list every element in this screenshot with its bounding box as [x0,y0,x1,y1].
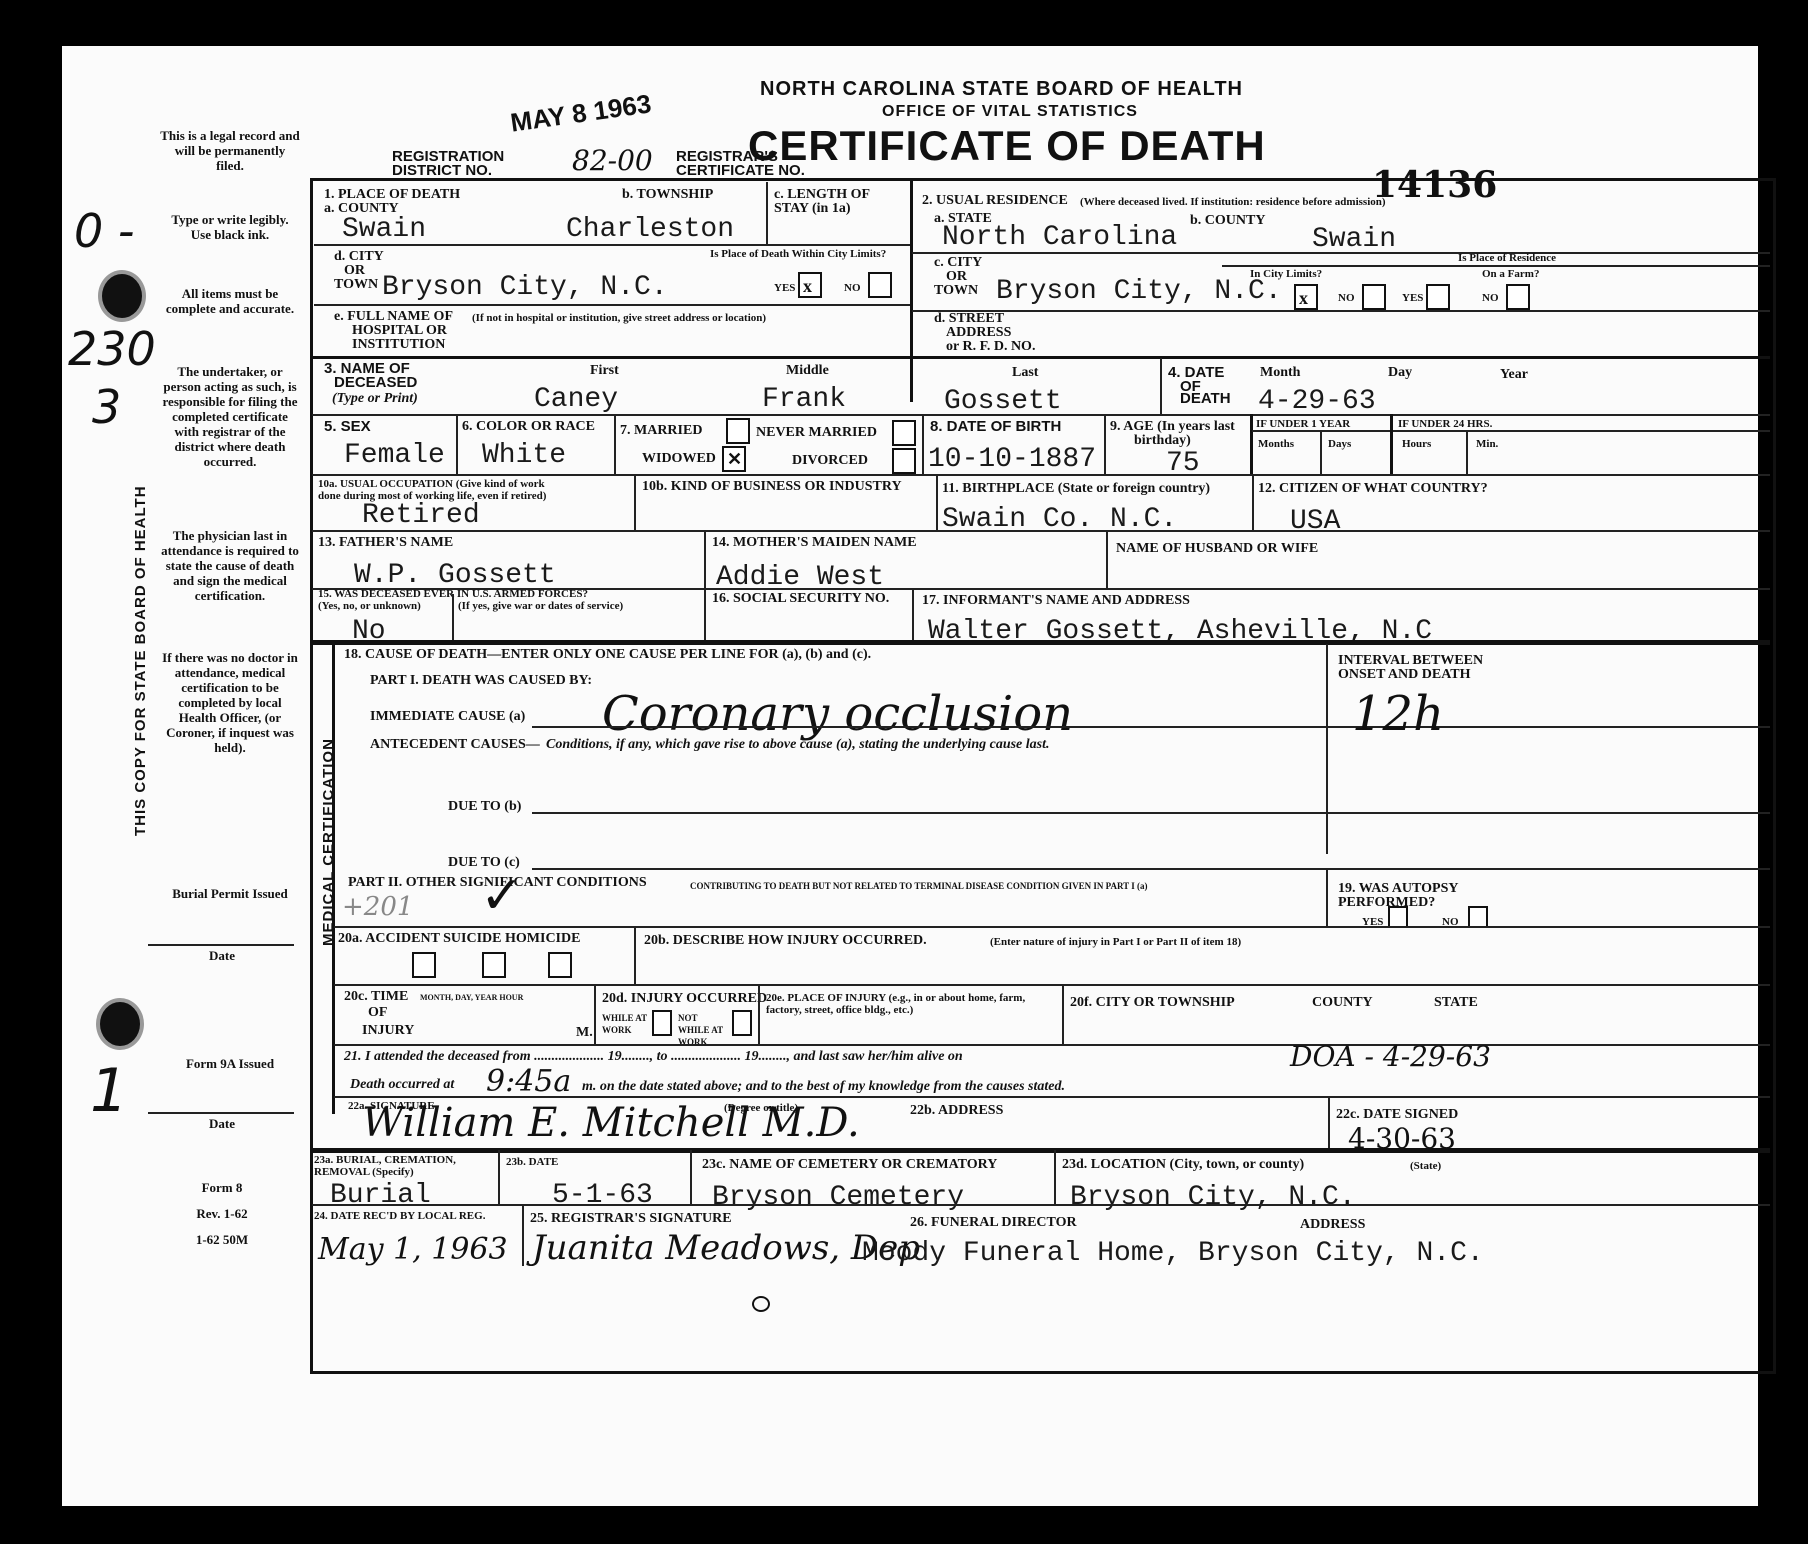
margin-handwritten-1: 1 [90,1056,128,1126]
hospital-label: e. FULL NAME OF [334,310,453,324]
no-label: NO [1482,292,1499,304]
date-label: Date [152,1116,292,1131]
in-city-no-checkbox[interactable] [1362,284,1386,310]
divider [1062,984,1064,1044]
never-married-checkbox[interactable] [892,420,916,446]
dod-label-3: DEATH [1180,392,1231,406]
date-signed-label: 22c. DATE SIGNED [1336,1108,1458,1122]
time-of-injury-label: 20c. TIME [344,990,408,1004]
divider [1106,530,1108,588]
cause-of-death-label: 18. CAUSE OF DEATH—ENTER ONLY ONE CAUSE … [344,648,871,662]
margin-note-physician: The physician last in attendance is requ… [160,528,300,603]
death-occurred-rest: m. on the date stated above; and to the … [582,1080,1065,1094]
divider [1104,414,1106,474]
yes-label: YES [1402,292,1423,304]
location-value: Bryson City, N.C. [1070,1184,1356,1212]
section-line [310,640,1770,645]
address-label: 22b. ADDRESS [910,1104,1003,1118]
divider [766,182,768,244]
ssn-label: 16. SOCIAL SECURITY NO. [712,592,889,606]
time-of-injury-of: OF [368,1006,387,1020]
agency-name: NORTH CAROLINA STATE BOARD OF HEALTH [760,78,1243,101]
burial-date-label: 23b. DATE [506,1156,558,1168]
in-city-limits-label: In City Limits? [1250,268,1322,280]
date-of-death-value: 4-29-63 [1258,388,1376,416]
print-run: 1-62 50M [152,1232,292,1247]
res-city-label-or: OR [946,270,967,284]
row-line [314,244,910,246]
city-label-town: TOWN [334,278,378,292]
spouse-label: NAME OF HUSBAND OR WIFE [1116,542,1318,556]
on-farm-no-checkbox[interactable] [1506,284,1530,310]
last-name-label: Last [1012,366,1038,380]
place-of-death-label: 1. PLACE OF DEATH [324,188,460,202]
medical-certification-label: MEDICAL CERTIFICATION [320,738,337,946]
time-m-label: M. [576,1026,593,1040]
attended-text: 21. I attended the deceased from .......… [344,1050,963,1064]
married-label: 7. MARRIED [620,424,702,438]
while-at-work-label: WHILE AT WORK [602,1012,652,1036]
on-farm-label: On a Farm? [1482,268,1539,280]
row-line [1222,265,1770,267]
hours-label: Hours [1402,438,1431,450]
township-label: b. TOWNSHIP [622,188,713,202]
first-name-label: First [590,364,619,378]
section-line [310,356,1770,359]
middle-name-label: Middle [786,364,829,378]
divorced-label: DIVORCED [792,454,868,468]
street-label: d. STREET [934,312,1004,326]
under-24-hrs-label: IF UNDER 24 HRS. [1398,418,1492,430]
months-label: Months [1258,438,1294,450]
death-time-value: 9:45a [486,1064,571,1099]
date-received-value: May 1, 1963 [318,1232,508,1267]
first-name-value: Caney [534,386,618,414]
township-value: Charleston [566,216,734,244]
margin-note-complete: All items must be complete and accurate. [160,286,300,316]
registration-district-label: REGISTRATION DISTRICT NO. [392,150,552,178]
yes-label: YES [774,282,795,294]
margin-note-undertaker: The undertaker, or person acting as such… [160,364,300,469]
registrar-cert-label: REGISTRAR'S CERTIFICATE NO. [676,150,856,178]
age-label: 9. AGE (In years last [1110,420,1235,434]
hospital-note: (If not in hospital or institution, give… [472,312,766,324]
while-at-work-checkbox[interactable] [652,1010,672,1036]
res-state-value: North Carolina [942,224,1177,252]
last-seen-value: DOA - 4-29-63 [1290,1040,1491,1073]
row-line [1252,430,1770,432]
margin-handwritten-0: 0 - [74,204,135,258]
time-of-injury-sub: MONTH, DAY, YEAR HOUR [420,992,523,1004]
divorced-checkbox[interactable] [892,448,916,474]
suicide-checkbox[interactable] [482,952,506,978]
section-line [310,1148,1770,1153]
armed-forces-war-note: (If yes, give war or dates of service) [458,600,623,612]
hospital-label-line3: INSTITUTION [352,338,445,352]
accident-label: 20a. ACCIDENT SUICIDE HOMICIDE [338,932,580,946]
res-county-label: b. COUNTY [1190,214,1265,228]
punch-hole-icon [102,274,142,318]
never-married-label: NEVER MARRIED [756,426,877,440]
occupation-value: Retired [362,502,480,530]
res-city-value: Bryson City, N.C. [996,278,1282,306]
race-value: White [482,442,566,470]
informant-label: 17. INFORMANT'S NAME AND ADDRESS [922,594,1190,608]
middle-name-value: Frank [762,386,846,414]
due-to-b-label: DUE TO (b) [448,800,521,814]
row-line [532,868,1770,870]
row-line [314,304,910,306]
place-of-injury-label: 20e. PLACE OF INJURY (e.g., in or about … [766,992,1056,1016]
divider [936,474,938,530]
row-line [334,984,1770,986]
autopsy-no-checkbox[interactable] [1468,906,1488,928]
res-city-label-town: TOWN [934,284,978,298]
row-line [532,812,1770,814]
row-line [312,414,1770,416]
divider [1160,358,1162,414]
divider [1054,1150,1056,1204]
divider [922,414,924,474]
divider [452,594,454,640]
business-label: 10b. KIND OF BUSINESS OR INDUSTRY [642,480,902,494]
part2-note: CONTRIBUTING TO DEATH BUT NOT RELATED TO… [690,880,1147,892]
row-line [912,310,1770,312]
birthplace-label: 11. BIRTHPLACE (State or foreign country… [942,482,1210,496]
mother-label: 14. MOTHER'S MAIDEN NAME [712,536,917,550]
divider [912,588,914,640]
margin-note-legal: This is a legal record and will be perma… [160,128,300,173]
divider [634,926,636,984]
punch-hole-icon [100,1002,140,1046]
date-line [148,944,294,946]
hospital-label-line2: HOSPITAL OR [352,324,447,338]
length-of-stay-label: c. LENGTH OF STAY (in 1a) [774,188,904,216]
small-hole-icon [752,1296,770,1312]
residence-label: 2. USUAL RESIDENCE [922,194,1068,208]
interval-value: 12h [1352,686,1444,742]
is-place-residence-label: Is Place of Residence [1458,252,1556,264]
divider [1252,474,1254,530]
widowed-checkbox[interactable]: ✕ [722,446,746,472]
funeral-director-value: Moody Funeral Home, Bryson City, N.C. [862,1240,1484,1268]
row-line [334,1096,1770,1098]
divider [456,414,458,474]
injury-occurred-label: 20d. INJURY OCCURRED [602,992,767,1006]
divider [910,178,913,402]
funeral-director-label: 26. FUNERAL DIRECTOR [910,1216,1077,1230]
location-label: 23d. LOCATION (City, town, or county) [1062,1158,1304,1172]
immediate-cause-label: IMMEDIATE CAUSE (a) [370,710,525,724]
within-limits-yes-checkbox[interactable]: x [798,272,822,298]
sex-label: 5. SEX [324,420,371,434]
margin-handwritten-3: 3 [92,380,121,434]
injury-desc-note: (Enter nature of injury in Part I or Par… [990,936,1241,948]
occupation-label: 10a. USUAL OCCUPATION (Give kind of work [318,478,545,490]
cemetery-label: 23c. NAME OF CEMETERY OR CREMATORY [702,1158,997,1172]
days-label: Days [1328,438,1351,450]
residence-note: (Where deceased lived. If institution: r… [1080,196,1386,208]
armed-forces-note: (Yes, no, or unknown) [318,600,421,612]
divider [1320,430,1322,474]
part2-value: +201 [342,892,413,922]
divider [1326,868,1328,926]
month-label: Month [1260,366,1300,380]
row-line [312,530,1770,532]
death-county-value: Swain [342,216,426,244]
dob-label: 8. DATE OF BIRTH [930,420,1061,434]
res-county-value: Swain [1312,226,1396,254]
divider [1390,414,1393,474]
county-label: COUNTY [1312,996,1373,1010]
within-limits-no-checkbox[interactable] [868,272,892,298]
widowed-label: WIDOWED [642,452,716,466]
day-label: Day [1388,366,1412,380]
cemetery-value: Bryson Cemetery [712,1184,964,1212]
row-line [912,252,1770,254]
not-while-at-work-label: NOT WHILE AT WORK [678,1012,728,1048]
date-received-label: 24. DATE REC'D BY LOCAL REG. [314,1210,494,1222]
received-stamp: MAY 8 1963 [509,88,654,138]
burial-label: 23a. BURIAL, CREMATION, REMOVAL (Specify… [314,1154,494,1178]
row-line [312,1204,1770,1206]
father-value: W.P. Gossett [354,562,556,590]
date-line [148,1112,294,1114]
row-line [532,726,1770,728]
checkbox-mark: x [1299,288,1308,309]
antecedent-label: ANTECEDENT CAUSES— [370,738,540,752]
divider [704,530,706,590]
divider [1328,1098,1330,1148]
form-rev: Rev. 1-62 [152,1206,292,1221]
year-label: Year [1500,368,1528,382]
death-occurred-label: Death occurred at [350,1078,454,1092]
registration-district-value: 82-00 [572,144,653,177]
interval-label: INTERVAL BETWEEN ONSET AND DEATH [1338,654,1518,682]
name-label-2: DECEASED [334,376,417,390]
homicide-checkbox[interactable] [548,952,572,978]
last-name-value: Gossett [944,388,1062,416]
registrar-signature-label: 25. REGISTRAR'S SIGNATURE [530,1212,732,1226]
res-city-label: c. CITY [934,256,982,270]
injury-desc-label: 20b. DESCRIBE HOW INJURY OCCURRED. [644,934,927,948]
antecedent-note: Conditions, if any, which gave rise to a… [546,738,1050,752]
certificate-paper: NORTH CAROLINA STATE BOARD OF HEALTH OFF… [62,46,1758,1506]
city-label-or: OR [344,264,365,278]
row-line [334,926,1770,928]
location-state-label: (State) [1410,1160,1441,1172]
date-label: Date [152,948,292,963]
autopsy-yes-checkbox[interactable] [1388,906,1408,928]
city-label: d. CITY [334,250,384,264]
checkbox-mark: x [803,276,812,297]
margin-note-no-doctor: If there was no doctor in attendance, me… [160,650,300,755]
checkbox-mark: ✕ [727,449,742,470]
min-label: Min. [1476,438,1498,450]
death-city-value: Bryson City, N.C. [382,274,668,302]
divider [522,1206,524,1266]
divider [1466,430,1468,474]
divider [1326,644,1328,854]
row-line [312,474,1770,476]
under-1-year-label: IF UNDER 1 YEAR [1256,418,1350,430]
divider [690,1150,692,1204]
not-while-at-work-checkbox[interactable] [732,1010,752,1036]
degree-label: (Degree or title) [724,1102,798,1114]
immediate-cause-value: Coronary occlusion [602,686,1073,742]
on-farm-yes-checkbox[interactable] [1426,284,1450,310]
form-9a-label: Form 9A Issued [160,1056,300,1071]
office-name: OFFICE OF VITAL STATISTICS [882,103,1138,121]
accident-checkbox[interactable] [412,952,436,978]
form-id: Form 8 [152,1180,292,1195]
state-copy-label: THIS COPY FOR STATE BOARD OF HEALTH [132,485,149,836]
check-mark-icon: ✓ [480,866,524,926]
father-label: 13. FATHER'S NAME [318,536,453,550]
citizen-label: 12. CITIZEN OF WHAT COUNTRY? [1258,482,1488,496]
in-city-yes-checkbox[interactable]: x [1294,284,1318,310]
within-limits-label: Is Place of Death Within City Limits? [710,248,910,260]
street-label-2: ADDRESS [946,326,1011,340]
age-label-2: birthday) [1134,434,1191,448]
dob-value: 10-10-1887 [928,446,1096,474]
margin-note-legibly: Type or write legibly. Use black ink. [160,212,300,242]
row-line [334,1044,1770,1046]
divider [1250,414,1253,474]
part1-label: PART I. DEATH WAS CAUSED BY: [370,674,592,688]
no-label: NO [1338,292,1355,304]
funeral-address-label: ADDRESS [1300,1218,1365,1232]
street-label-3: or R. F. D. NO. [946,340,1035,354]
type-or-print-note: (Type or Print) [332,392,418,406]
burial-permit-label: Burial Permit Issued [160,886,300,901]
state-label: STATE [1434,996,1478,1010]
divider [594,984,596,1044]
city-township-label: 20f. CITY OR TOWNSHIP [1070,996,1235,1010]
divider [634,474,636,530]
divider [614,414,616,474]
divider [498,1150,500,1204]
no-label: NO [844,282,861,294]
divider [758,984,760,1044]
race-label: 6. COLOR OR RACE [462,420,595,434]
sex-value: Female [344,442,445,470]
time-of-injury-injury: INJURY [362,1024,414,1038]
married-checkbox[interactable] [726,418,750,444]
divider [704,588,706,640]
margin-handwritten-230: 230 [68,322,156,376]
